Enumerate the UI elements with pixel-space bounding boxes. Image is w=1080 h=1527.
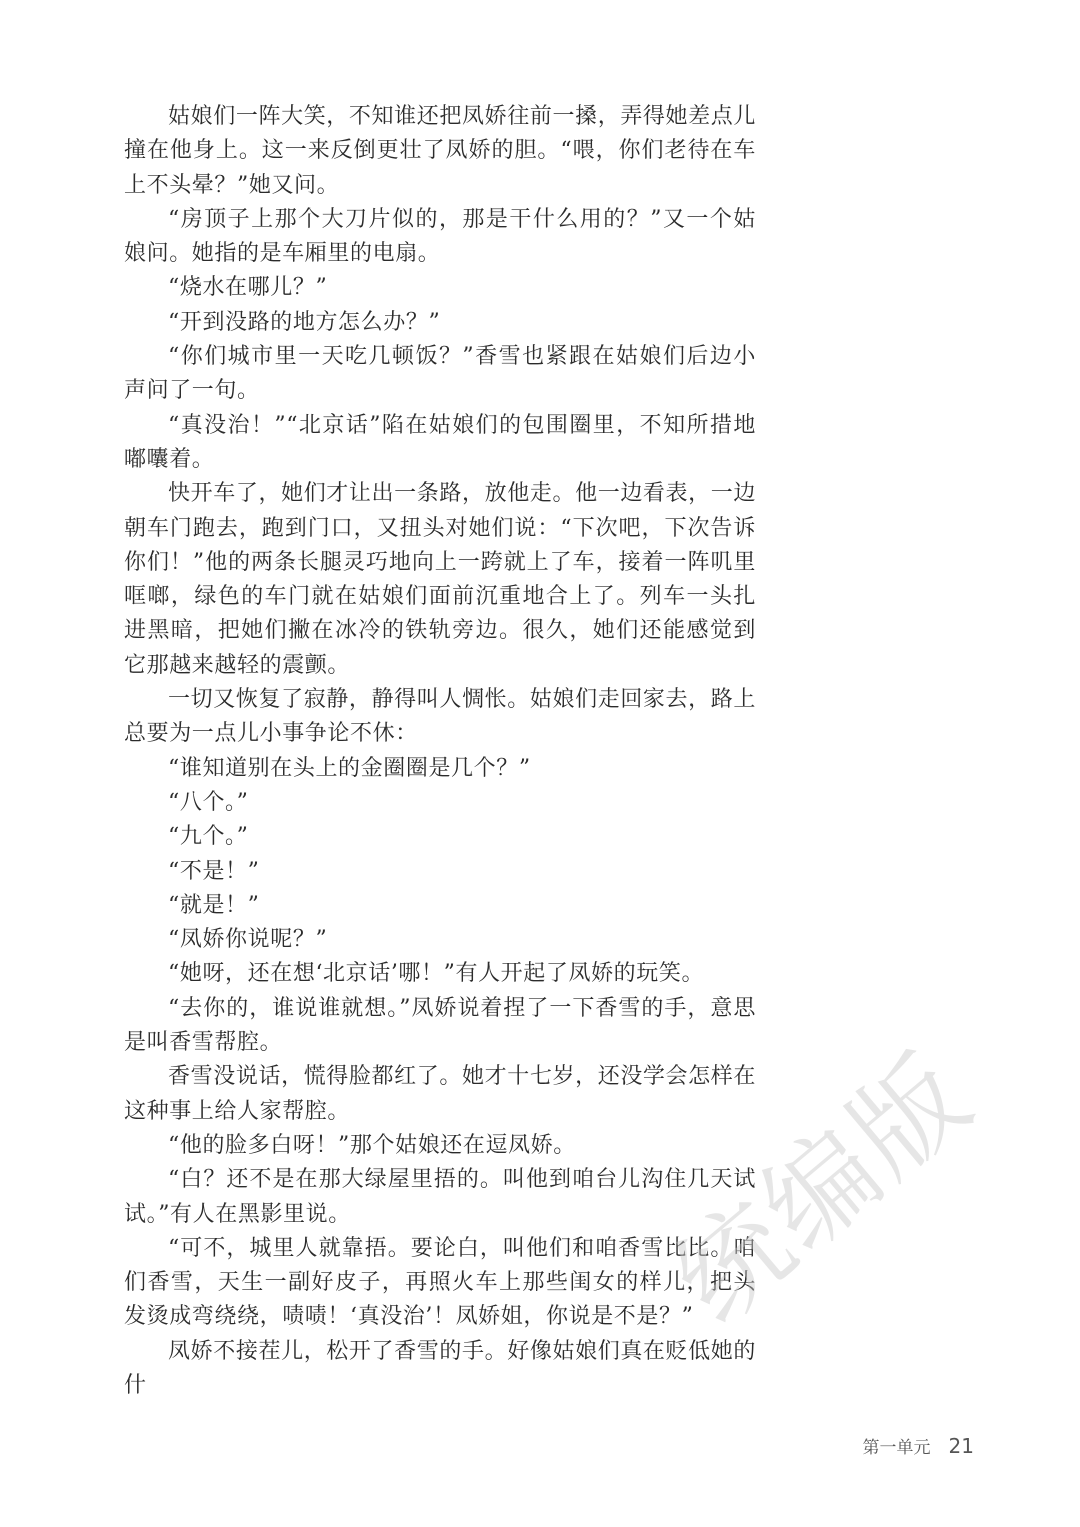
paragraph: 凤娇不接茬儿，松开了香雪的手。好像姑娘们真在贬低她的什 [124,1335,756,1404]
paragraph: “真没治！”“北京话”陷在姑娘们的包围圈里，不知所措地嘟囔着。 [124,409,756,478]
paragraph: 快开车了，她们才让出一条路，放他走。他一边看表，一边朝车门跑去，跑到门口，又扭头… [124,477,756,683]
page-number: 21 [949,1434,974,1458]
paragraph: “她呀，还在想‘北京话’哪！”有人开起了凤娇的玩笑。 [124,957,756,991]
paragraph: 姑娘们一阵大笑，不知谁还把凤娇往前一搡，弄得她差点儿撞在他身上。这一来反倒更壮了… [124,100,756,203]
paragraph: “就是！” [124,889,756,923]
paragraph: 一切又恢复了寂静，静得叫人惆怅。姑娘们走回家去，路上总要为一点儿小事争论不休： [124,683,756,752]
paragraph: “烧水在哪儿？” [124,271,756,305]
paragraph: “去你的，谁说谁就想。”凤娇说着捏了一下香雪的手，意思是叫香雪帮腔。 [124,992,756,1061]
paragraph: “房顶子上那个大刀片似的，那是干什么用的？”又一个姑娘问。她指的是车厢里的电扇。 [124,203,756,272]
paragraph: 香雪没说话，慌得脸都红了。她才十七岁，还没学会怎样在这种事上给人家帮腔。 [124,1060,756,1129]
paragraph: “白？还不是在那大绿屋里捂的。叫他到咱台儿沟住几天试试。”有人在黑影里说。 [124,1163,756,1232]
paragraph: “他的脸多白呀！”那个姑娘还在逗凤娇。 [124,1129,756,1163]
paragraph: “八个。” [124,786,756,820]
page-footer: 第一单元 21 [863,1433,974,1458]
paragraph: “九个。” [124,820,756,854]
paragraph: “凤娇你说呢？” [124,923,756,957]
paragraph: “不是！” [124,855,756,889]
paragraph: “开到没路的地方怎么办？” [124,306,756,340]
paragraph: “你们城市里一天吃几顿饭？”香雪也紧跟在姑娘们后边小声问了一句。 [124,340,756,409]
paragraph: “可不，城里人就靠捂。要论白，叫他们和咱香雪比比。咱们香雪，天生一副好皮子，再照… [124,1232,756,1335]
unit-label: 第一单元 [863,1433,931,1458]
body-text: 姑娘们一阵大笑，不知谁还把凤娇往前一搡，弄得她差点儿撞在他身上。这一来反倒更壮了… [124,100,756,1403]
paragraph: “谁知道别在头上的金圈圈是几个？” [124,752,756,786]
